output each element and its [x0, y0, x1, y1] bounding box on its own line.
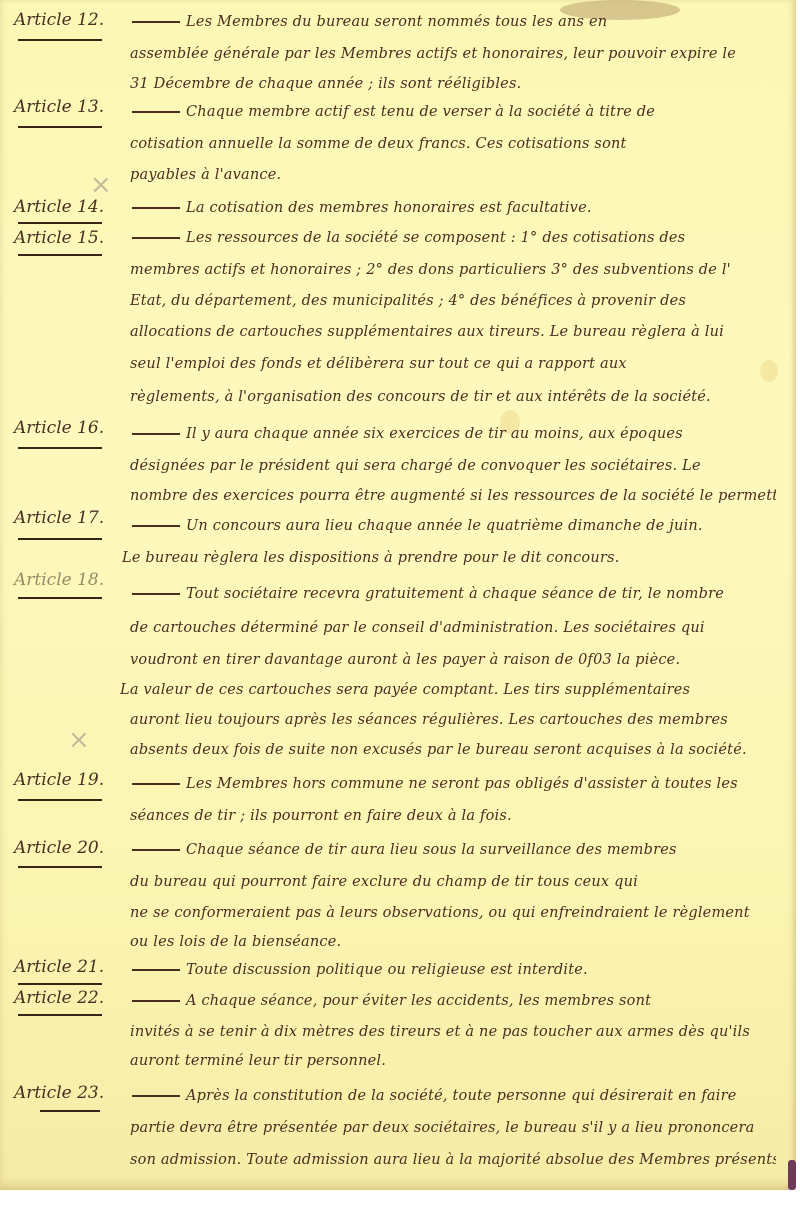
- article-line: partie devra être présentée par deux soc…: [130, 1120, 776, 1136]
- label-underline: [18, 447, 102, 449]
- article-line: ne se conformeraient pas à leurs observa…: [130, 905, 776, 921]
- article-line: A chaque séance, pour éviter les acciden…: [132, 993, 776, 1009]
- article-line: Après la constitution de la société, tou…: [132, 1088, 776, 1104]
- em-dash: [132, 969, 180, 971]
- article-label: Article 18.: [14, 570, 104, 590]
- label-underline: [40, 1110, 100, 1112]
- em-dash: [132, 783, 180, 785]
- article-line: du bureau qui pourront faire exclure du …: [130, 874, 776, 890]
- article-line: La cotisation des membres honoraires est…: [132, 200, 776, 216]
- em-dash: [132, 525, 180, 527]
- article-line: Les ressources de la société se composen…: [132, 230, 776, 246]
- article-label: Article 12.: [14, 10, 104, 30]
- article-line: Chaque membre actif est tenu de verser à…: [132, 104, 776, 120]
- cross-mark: ×: [68, 725, 90, 755]
- article-line: ou les lois de la bienséance.: [130, 934, 776, 950]
- article-line: absents deux fois de suite non excusés p…: [130, 742, 776, 758]
- em-dash: [132, 237, 180, 239]
- label-underline: [18, 983, 102, 985]
- article-line: Un concours aura lieu chaque année le qu…: [132, 518, 776, 534]
- article-line: allocations de cartouches supplémentaire…: [130, 324, 776, 340]
- article-line: assemblée générale par les Membres actif…: [130, 46, 776, 62]
- label-underline: [18, 254, 102, 256]
- article-line: invités à se tenir à dix mètres des tire…: [130, 1024, 776, 1040]
- article-label: Article 14.: [14, 197, 104, 217]
- article-line: Les Membres hors commune ne seront pas o…: [132, 776, 776, 792]
- article-label: Article 22.: [14, 988, 104, 1008]
- article-line: règlements, à l'organisation des concour…: [130, 389, 776, 405]
- em-dash: [132, 1095, 180, 1097]
- article-line: désignées par le président qui sera char…: [130, 458, 776, 474]
- cross-mark: ×: [90, 170, 112, 200]
- em-dash: [132, 593, 180, 595]
- article-line: Tout sociétaire recevra gratuitement à c…: [132, 586, 776, 602]
- article-line: La valeur de ces cartouches sera payée c…: [120, 682, 776, 698]
- document-page: × × Article 12. Les Membres du bureau se…: [0, 0, 796, 1190]
- article-line: Les Membres du bureau seront nommés tous…: [132, 14, 776, 30]
- em-dash: [132, 207, 180, 209]
- article-label: Article 16.: [14, 418, 104, 438]
- label-underline: [18, 1014, 102, 1016]
- article-line: Toute discussion politique ou religieuse…: [132, 962, 776, 978]
- article-label: Article 17.: [14, 508, 104, 528]
- article-line: auront lieu toujours après les séances r…: [130, 712, 776, 728]
- label-underline: [18, 538, 102, 540]
- corner-ink-mark: [788, 1160, 796, 1190]
- article-label: Article 15.: [14, 228, 104, 248]
- em-dash: [132, 21, 180, 23]
- em-dash: [132, 111, 180, 113]
- article-line: voudront en tirer davantage auront à les…: [130, 652, 776, 668]
- article-line: membres actifs et honoraires ; 2° des do…: [130, 262, 776, 278]
- em-dash: [132, 433, 180, 435]
- article-line: auront terminé leur tir personnel.: [130, 1053, 776, 1069]
- label-underline: [18, 866, 102, 868]
- article-label: Article 23.: [14, 1083, 104, 1103]
- em-dash: [132, 849, 180, 851]
- label-underline: [18, 126, 102, 128]
- article-line: son admission. Toute admission aura lieu…: [130, 1152, 776, 1168]
- article-line: cotisation annuelle la somme de deux fra…: [130, 136, 776, 152]
- article-label: Article 13.: [14, 97, 104, 117]
- article-line: payables à l'avance.: [130, 167, 776, 183]
- label-underline: [18, 597, 102, 599]
- article-label: Article 19.: [14, 770, 104, 790]
- em-dash: [132, 1000, 180, 1002]
- label-underline: [18, 799, 102, 801]
- label-underline: [18, 39, 102, 41]
- article-line: Le bureau règlera les dispositions à pre…: [122, 550, 776, 566]
- article-line: de cartouches déterminé par le conseil d…: [130, 620, 776, 636]
- label-underline: [18, 222, 102, 224]
- article-line: État, du département, des municipalités …: [130, 293, 776, 309]
- article-line: nombre des exercices pourra être augment…: [130, 488, 776, 504]
- article-line: séances de tir ; ils pourront en faire d…: [130, 808, 776, 824]
- article-line: 31 Décembre de chaque année ; ils sont r…: [130, 76, 776, 92]
- article-label: Article 20.: [14, 838, 104, 858]
- article-line: seul l'emploi des fonds et délibèrera su…: [130, 356, 776, 372]
- article-line: Chaque séance de tir aura lieu sous la s…: [132, 842, 776, 858]
- article-label: Article 21.: [14, 957, 104, 977]
- article-line: Il y aura chaque année six exercices de …: [132, 426, 776, 442]
